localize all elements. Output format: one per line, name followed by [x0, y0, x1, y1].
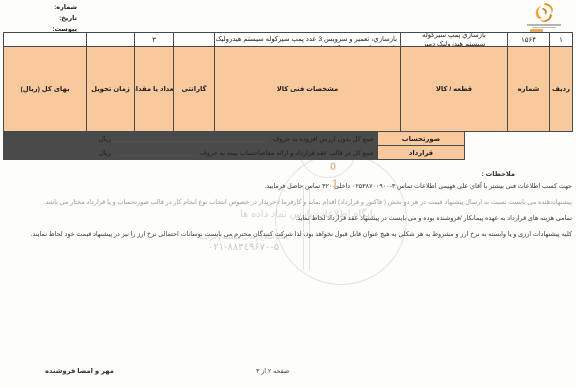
doc-date-label: تاریخ:	[59, 14, 77, 22]
column-header: زمان تحویل	[87, 47, 134, 131]
summary-row-label: صورتحساب	[378, 132, 464, 145]
column-header: قطعه / کالا	[401, 47, 507, 131]
column-header: شماره	[508, 47, 549, 131]
page-number: صفحه ۲ از ۳	[256, 367, 289, 375]
summary-table: صورتحساب جمع کل بدون ارزش افزوده به حروف…	[3, 131, 465, 160]
logo-caption-bar	[527, 24, 561, 26]
column-header: ردیف	[550, 47, 572, 131]
seller-signature-label: مهر و امضا فروشنده	[45, 367, 114, 375]
logo-caption-line	[532, 27, 556, 28]
watermark-digit: 0	[330, 161, 339, 173]
currency-unit: ریال	[99, 135, 111, 143]
column-header: گارانتی	[174, 47, 214, 131]
note-line: پیشنهاددهنده می بایست نسبت به ارسال پیشن…	[4, 195, 572, 211]
summary-row-label: قرارداد	[378, 146, 464, 159]
cell-quantity: ۳	[135, 33, 173, 46]
dotted-leader	[114, 140, 266, 142]
note-line: جهت کسب اطلاعات فنی بیشتر با آقاي علی فه…	[4, 179, 572, 195]
summary-row-content: جمع کل در قالب عقد قرارداد و ارائه مفاصا…	[4, 146, 377, 159]
doc-number-label: شماره:	[54, 3, 77, 11]
note-line: تمامی هزینه های قرارداد به عهده پیمانکار…	[4, 211, 572, 227]
spec-line: با مشخصات زیر و عکس هاي پیوست....	[217, 44, 397, 46]
cell-specifications: بازسازي، تعمیر و سرویس 3 عدد پمپ سیرکوله…	[215, 33, 400, 46]
summary-text: جمع کل بدون ارزش افزوده به حروف :	[269, 135, 374, 143]
currency-unit: ریال	[99, 149, 111, 157]
dotted-leader	[114, 154, 197, 156]
column-header: مشخصات فنی کالا	[215, 47, 400, 131]
cell-delivery-time	[87, 33, 134, 46]
items-table: ۱ ۱۵۶۴ بازسازي پمپ سیرکوله سیستم هیدرولی…	[3, 32, 573, 132]
company-logo	[524, 2, 564, 32]
note-line: کلیه پیشنهادات ارزی و یا وابسته به نرخ ا…	[4, 227, 572, 243]
summary-row-content: جمع کل بدون ارزش افزوده به حروف : ریال	[4, 132, 377, 145]
column-header: بهای کل (ریال)	[4, 47, 86, 131]
cell-total-price: 1403/07/281403/07/18	[4, 33, 86, 46]
cell-part-name: بازسازي پمپ سیرکوله سیستم هیدرولیک دمپر	[401, 33, 507, 46]
spec-line: بازسازي، تعمیر و سرویس 3 عدد پمپ سیرکوله…	[217, 35, 397, 44]
watermark-phone-text: ۰۲۱-۸۸۳٤۹۶۷۰-۵	[208, 242, 279, 253]
cell-warranty	[174, 33, 214, 46]
column-header: تعداد یا مقدار	[135, 47, 173, 131]
cell-item-number: ۱۵۶۴	[508, 33, 549, 46]
notes-title: ملاحظات :	[482, 170, 515, 178]
scanned-inquiry-document: { "doc_meta": { "number_label": "شماره:"…	[0, 0, 576, 388]
notes-block: جهت کسب اطلاعات فنی بیشتر با آقاي علی فه…	[4, 179, 572, 243]
cell-row-number: ۱	[550, 33, 572, 46]
summary-text: جمع کل در قالب عقد قرارداد و ارائه مفاصا…	[200, 149, 374, 157]
